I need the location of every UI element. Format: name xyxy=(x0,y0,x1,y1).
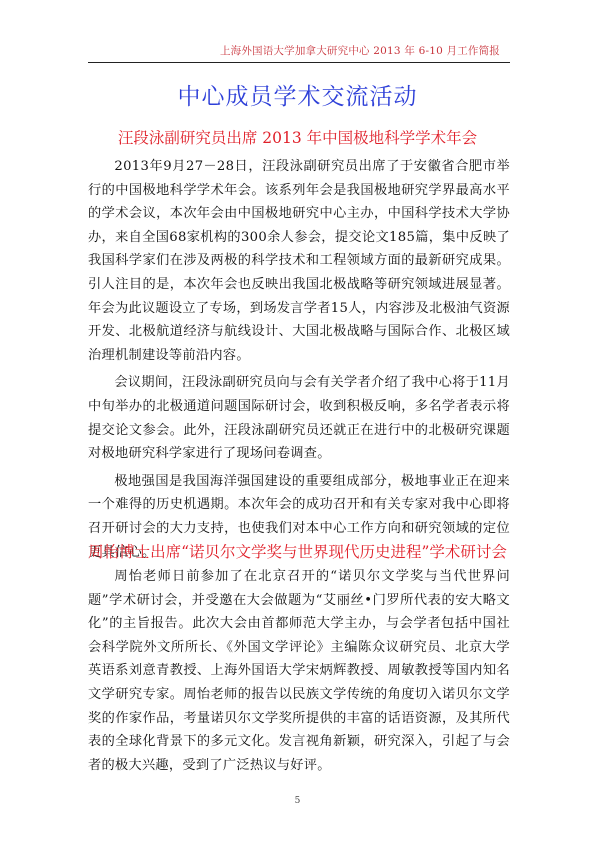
section-heading-1: 汪段泳副研究员出席 2013 年中国极地科学学术年会 xyxy=(0,126,595,148)
page-title: 中心成员学术交流活动 xyxy=(0,78,595,111)
section-body-1: 2013年9月27－28日，汪段泳副研究员出席了于安徽省合肥市举行的中国极地科学… xyxy=(88,155,510,564)
paragraph: 2013年9月27－28日，汪段泳副研究员出席了于安徽省合肥市举行的中国极地科学… xyxy=(88,155,510,367)
running-header: 上海外国语大学加拿大研究中心 2013 年 6-10 月工作简报 xyxy=(88,40,510,63)
section-body-2: 周怡老师日前参加了在北京召开的“诺贝尔文学奖与当代世界问题”学术研讨会，并受邀在… xyxy=(88,565,510,777)
section-heading-2: 周怡博士出席“诺贝尔文学奖与世界现代历史进程”学术研讨会 xyxy=(0,540,595,562)
running-header-text: 上海外国语大学加拿大研究中心 2013 年 6-10 月工作简报 xyxy=(220,43,500,58)
page-number: 5 xyxy=(0,796,595,806)
paragraph: 周怡老师日前参加了在北京召开的“诺贝尔文学奖与当代世界问题”学术研讨会，并受邀在… xyxy=(88,565,510,777)
paragraph: 会议期间，汪段泳副研究员向与会有关学者介绍了我中心将于11月中旬举办的北极通道问… xyxy=(88,371,510,465)
